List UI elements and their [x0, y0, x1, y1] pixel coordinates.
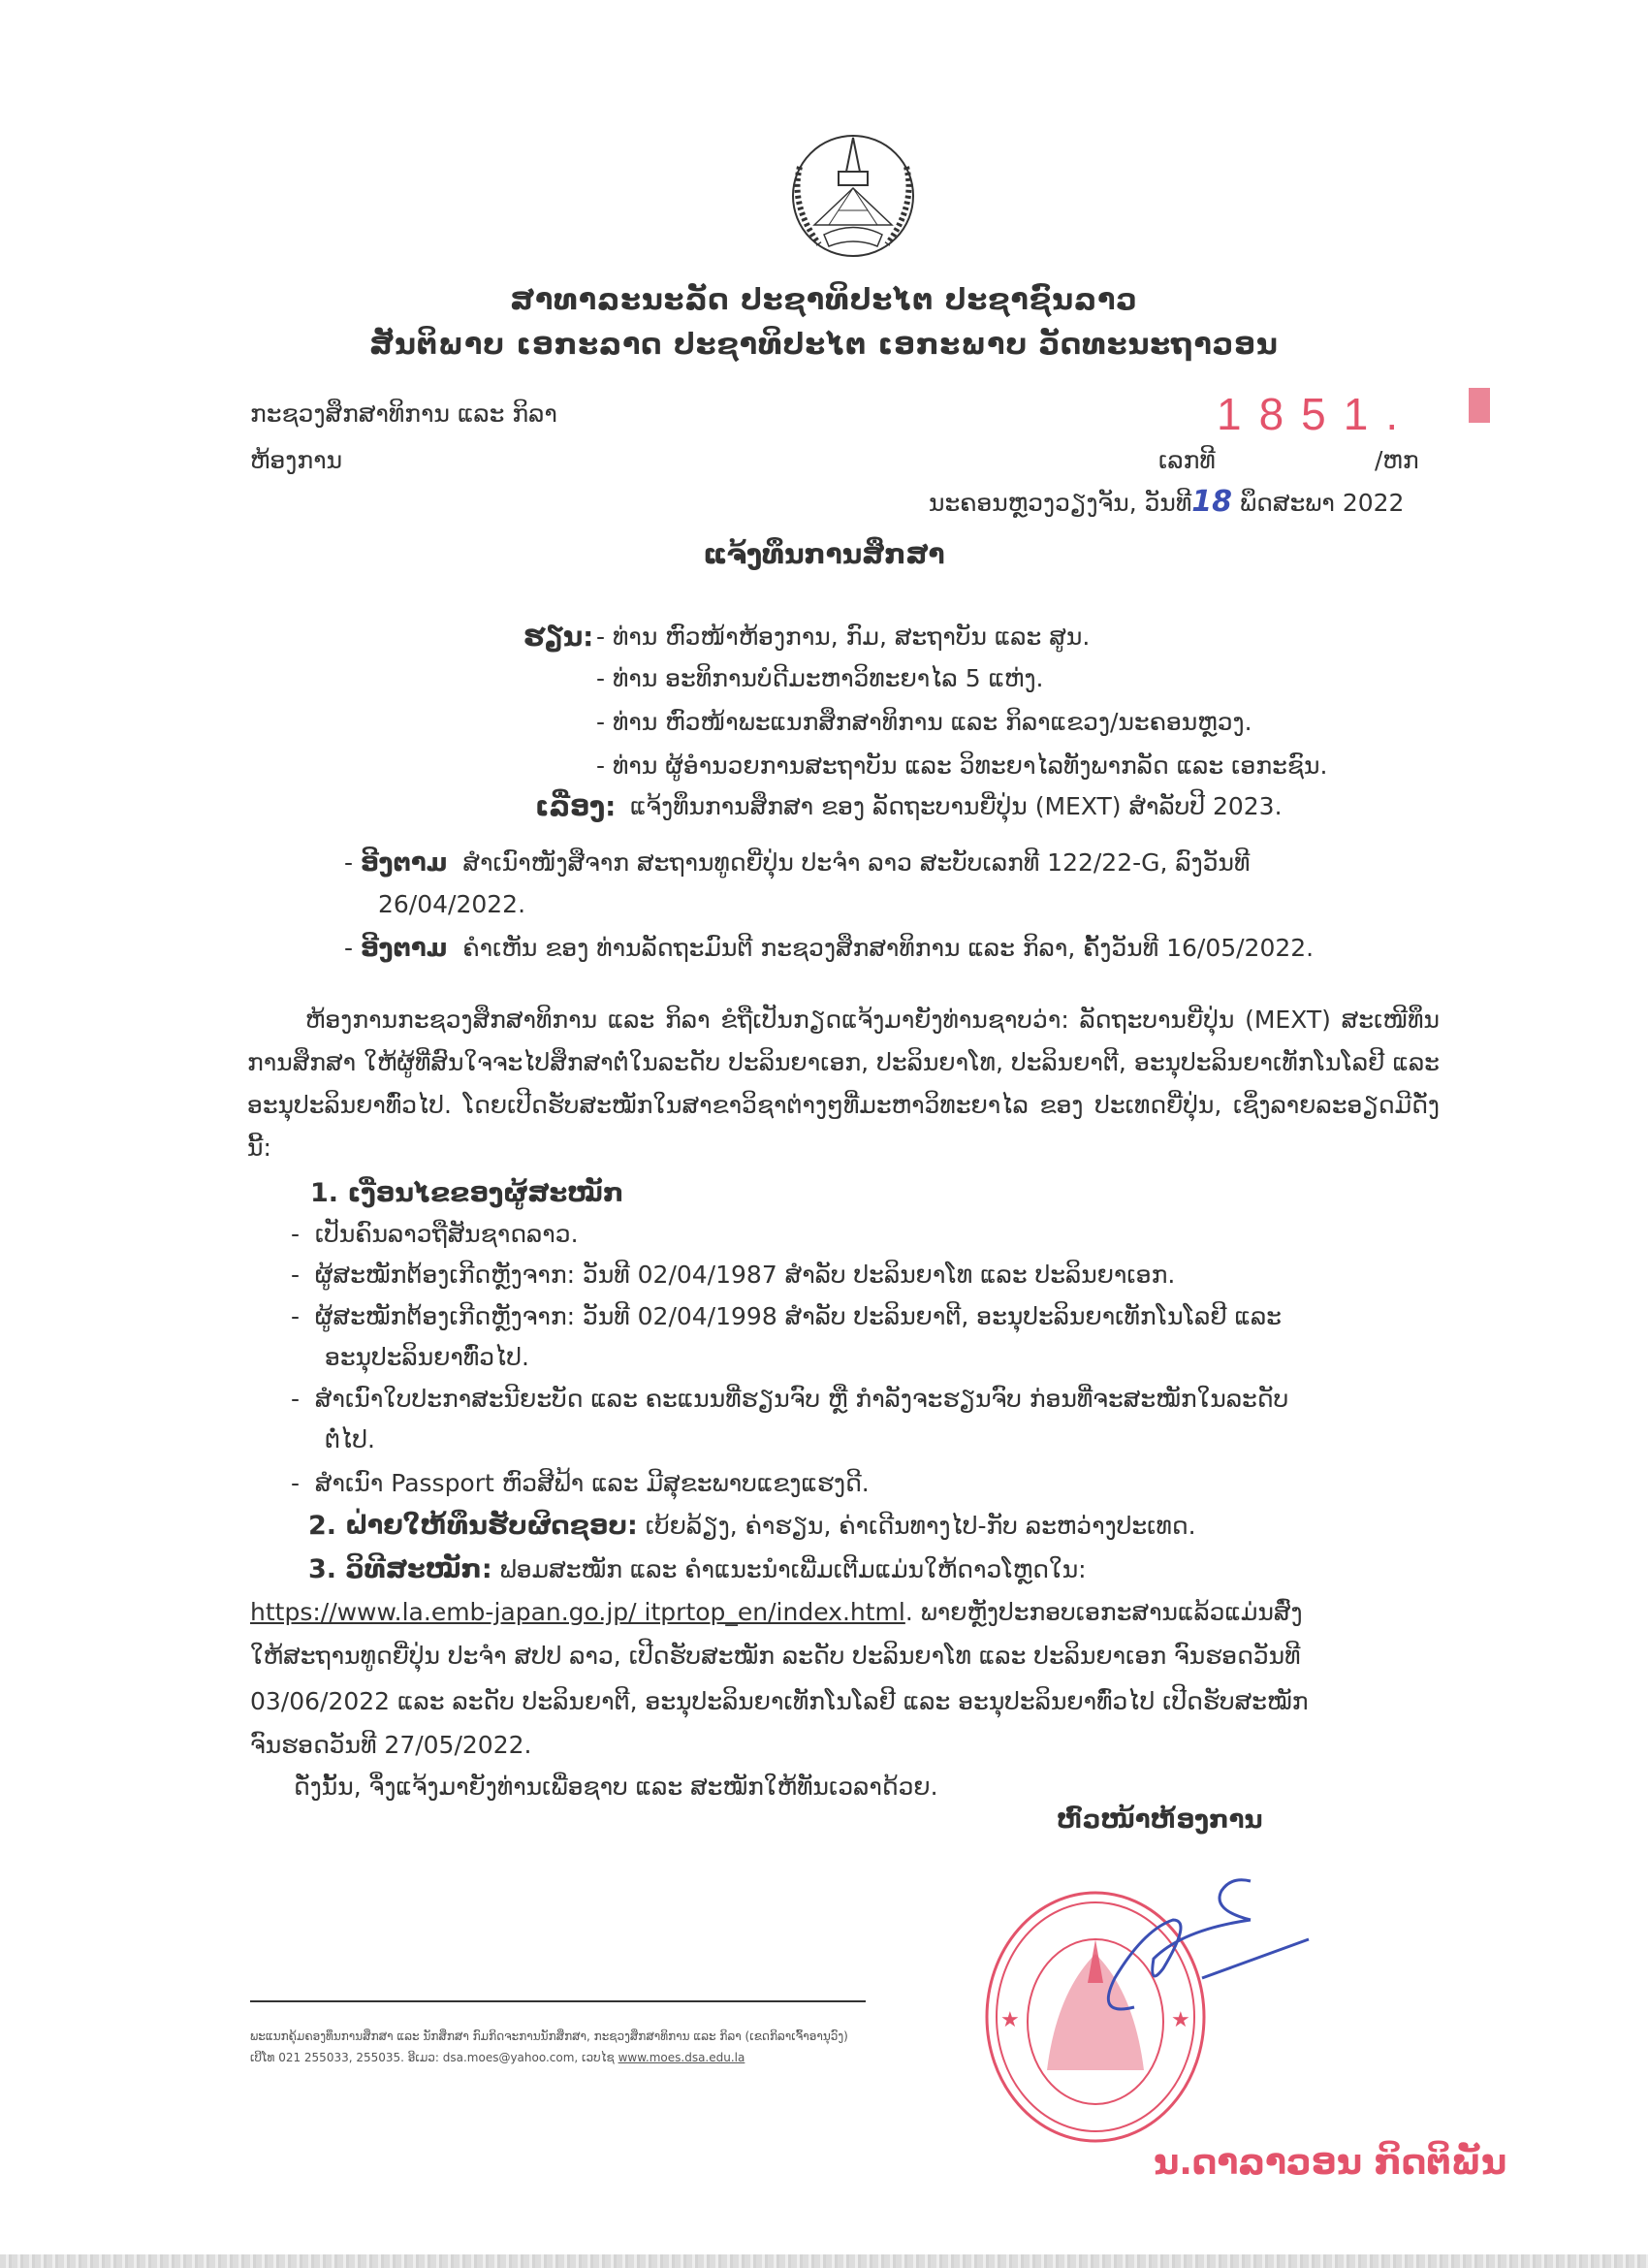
recipient-item: - ທ່ານ ອະທິການບໍດີມະຫາວິທະຍາໄລ 5 ແຫ່ງ.: [596, 664, 1044, 692]
date-suffix: ພຶດສະພາ 2022: [1240, 489, 1405, 517]
section-2-heading: 2. ຝ່າຍໃຫ້ທຶນຮັບຜິດຊອບ:: [308, 1511, 638, 1541]
number-suffix: /ຫກ: [1375, 446, 1419, 474]
intro-paragraph: ຫ້ອງການກະຊວງສຶກສາທິການ ແລະ ກິລາ ຂໍຖືເປັນ…: [247, 999, 1440, 1169]
to-label: ຮຽນ:: [523, 621, 593, 653]
bullet-item-cont: ຕໍ່ໄປ.: [325, 1425, 375, 1453]
date-line: ນະຄອນຫຼວງວຽງຈັນ, ວັນທີ18 ພຶດສະພາ 2022: [929, 485, 1404, 519]
reference-label: ອີງຕາມ: [361, 934, 448, 963]
closing-text: ດັ່ງນັ້ນ, ຈຶ່ງແຈ້ງມາຍັງທ່ານເພື່ອຊາບ ແລະ …: [294, 1773, 938, 1801]
scan-edge: [0, 2254, 1648, 2268]
recipient-item: - ທ່ານ ຜູ້ອຳນວຍການສະຖາບັນ ແລະ ວິທະຍາໄລທັ…: [596, 751, 1327, 780]
reference-item: - ອີງຕາມ ສຳເນົາໜັງສືຈາກ ສະຖານທູດຍີ່ປຸ່ນ …: [344, 848, 1250, 878]
section-2: 2. ຝ່າຍໃຫ້ທຶນຮັບຜິດຊອບ: ເບ້ຍລ້ຽງ, ຄ່າຮຽນ…: [308, 1511, 1196, 1541]
reference-text: ຄຳເຫັນ ຂອງ ທ່ານລັດຖະມົນຕີ ກະຊວງສຶກສາທິກາ…: [462, 934, 1314, 962]
signatory-title: ຫົວໜ້າຫ້ອງການ: [1057, 1805, 1262, 1835]
signatory-name: ນ.ດາລາວອນ ກິດຕິພັນ: [1154, 2143, 1506, 2183]
reference-item: - ອີງຕາມ ຄຳເຫັນ ຂອງ ທ່ານລັດຖະມົນຕີ ກະຊວງ…: [344, 934, 1314, 963]
bullet-item: - ຜູ້ສະໝັກຕ້ອງເກີດຫຼັງຈາກ: ວັນທີ 02/04/1…: [291, 1261, 1175, 1289]
bullet-item-cont: ອະນຸປະລິນຍາທົ່ວໄປ.: [325, 1343, 529, 1371]
stamp-smudge: [1469, 388, 1490, 423]
subject-label: ເລື່ອງ:: [535, 790, 616, 822]
section-3-line4: ຈົນຮອດວັນທີ 27/05/2022.: [250, 1731, 531, 1759]
section-2-text: ເບ້ຍລ້ຽງ, ຄ່າຮຽນ, ຄ່າເດີນທາງໄປ-ກັບ ລະຫວ່…: [646, 1512, 1196, 1540]
lao-emblem-icon: [771, 128, 935, 264]
footer-website-link[interactable]: www.moes.dsa.edu.la: [618, 2051, 745, 2064]
recipient-item: - ທ່ານ ຫົວໜ້າຫ້ອງການ, ກົມ, ສະຖາບັນ ແລະ ສ…: [596, 623, 1090, 651]
number-label: ເລກທີ: [1158, 446, 1216, 474]
office-name: ຫ້ອງການ: [250, 446, 342, 474]
bullet-item: - ສຳເນົາ Passport ຫົວສີຟ້າ ແລະ ມີສຸຂະພາບ…: [291, 1469, 870, 1497]
section-3-line2: ໃຫ້ສະຖານທູດຍີ່ປຸ່ນ ປະຈຳ ສປປ ລາວ, ເປີດຮັບ…: [250, 1642, 1301, 1670]
section-3-line3: 03/06/2022 ແລະ ລະດັບ ປະລິນຍາຕີ, ອະນຸປະລິ…: [250, 1687, 1308, 1715]
reference-text-cont: 26/04/2022.: [378, 890, 525, 918]
section-3-line1: https://www.la.emb-japan.go.jp/ itprtop_…: [250, 1598, 1303, 1626]
application-link[interactable]: https://www.la.emb-japan.go.jp/ itprtop_…: [250, 1598, 905, 1626]
bullet-item: - ສຳເນົາໃບປະກາສະນີຍະບັດ ແລະ ຄະແນນທີ່ຮຽນຈ…: [291, 1385, 1288, 1413]
bullet-item: - ເປັນຄົນລາວຖືສັນຊາດລາວ.: [291, 1220, 579, 1248]
svg-text:★: ★: [1000, 2008, 1020, 2032]
section-1-heading: 1. ເງື່ອນໄຂຂອງຜູ້ສະໝັກ: [310, 1178, 623, 1208]
reference-label: ອີງຕາມ: [361, 848, 448, 878]
subject-text: ແຈ້ງທຶນການສຶກສາ ຂອງ ລັດຖະບານຍີ່ປຸ່ນ (MEX…: [630, 792, 1283, 820]
country-name: ສາທາລະນະລັດ ປະຊາທິປະໄຕ ປະຊາຊົນລາວ: [0, 283, 1648, 317]
date-prefix: ນະຄອນຫຼວງວຽງຈັນ, ວັນທີ: [929, 489, 1191, 517]
section-3: 3. ວິທີສະໝັກ: ຟອມສະໝັກ ແລະ ຄຳແນະນຳເພີ່ມເ…: [308, 1554, 1087, 1584]
section-3-text: ຟອມສະໝັກ ແລະ ຄຳແນະນຳເພີ່ມເຕີມແມ່ນໃຫ້ດາວໂ…: [500, 1555, 1087, 1583]
date-day-handwritten: 18: [1191, 485, 1232, 519]
footer-address: ພະແນກຄຸ້ມຄອງທຶນການສຶກສາ ແລະ ນັກສຶກສາ ກົມ…: [250, 2029, 848, 2043]
footer-contact: ເບີໂທ 021 255033, 255035. ອີເມວ: dsa.moe…: [250, 2051, 745, 2064]
document-title: ແຈ້ງທຶນການສຶກສາ: [0, 538, 1648, 570]
national-motto: ສັນຕິພາບ ເອກະລາດ ປະຊາທິປະໄຕ ເອກະພາບ ວັດທ…: [0, 328, 1648, 362]
section-3-heading: 3. ວິທີສະໝັກ:: [308, 1554, 492, 1584]
handwritten-signature-icon: [1057, 1871, 1318, 2017]
ministry-name: ກະຊວງສຶກສາທິການ ແລະ ກິລາ: [250, 399, 557, 428]
bullet-item: - ຜູ້ສະໝັກຕ້ອງເກີດຫຼັງຈາກ: ວັນທີ 02/04/1…: [291, 1302, 1282, 1330]
document-number-stamp: 1851.: [1217, 388, 1415, 440]
reference-text: ສຳເນົາໜັງສືຈາກ ສະຖານທູດຍີ່ປຸ່ນ ປະຈຳ ລາວ …: [462, 848, 1250, 877]
recipient-item: - ທ່ານ ຫົວໜ້າພະແນກສຶກສາທິການ ແລະ ກິລາແຂວ…: [596, 708, 1252, 736]
footer-divider: [250, 2000, 866, 2002]
